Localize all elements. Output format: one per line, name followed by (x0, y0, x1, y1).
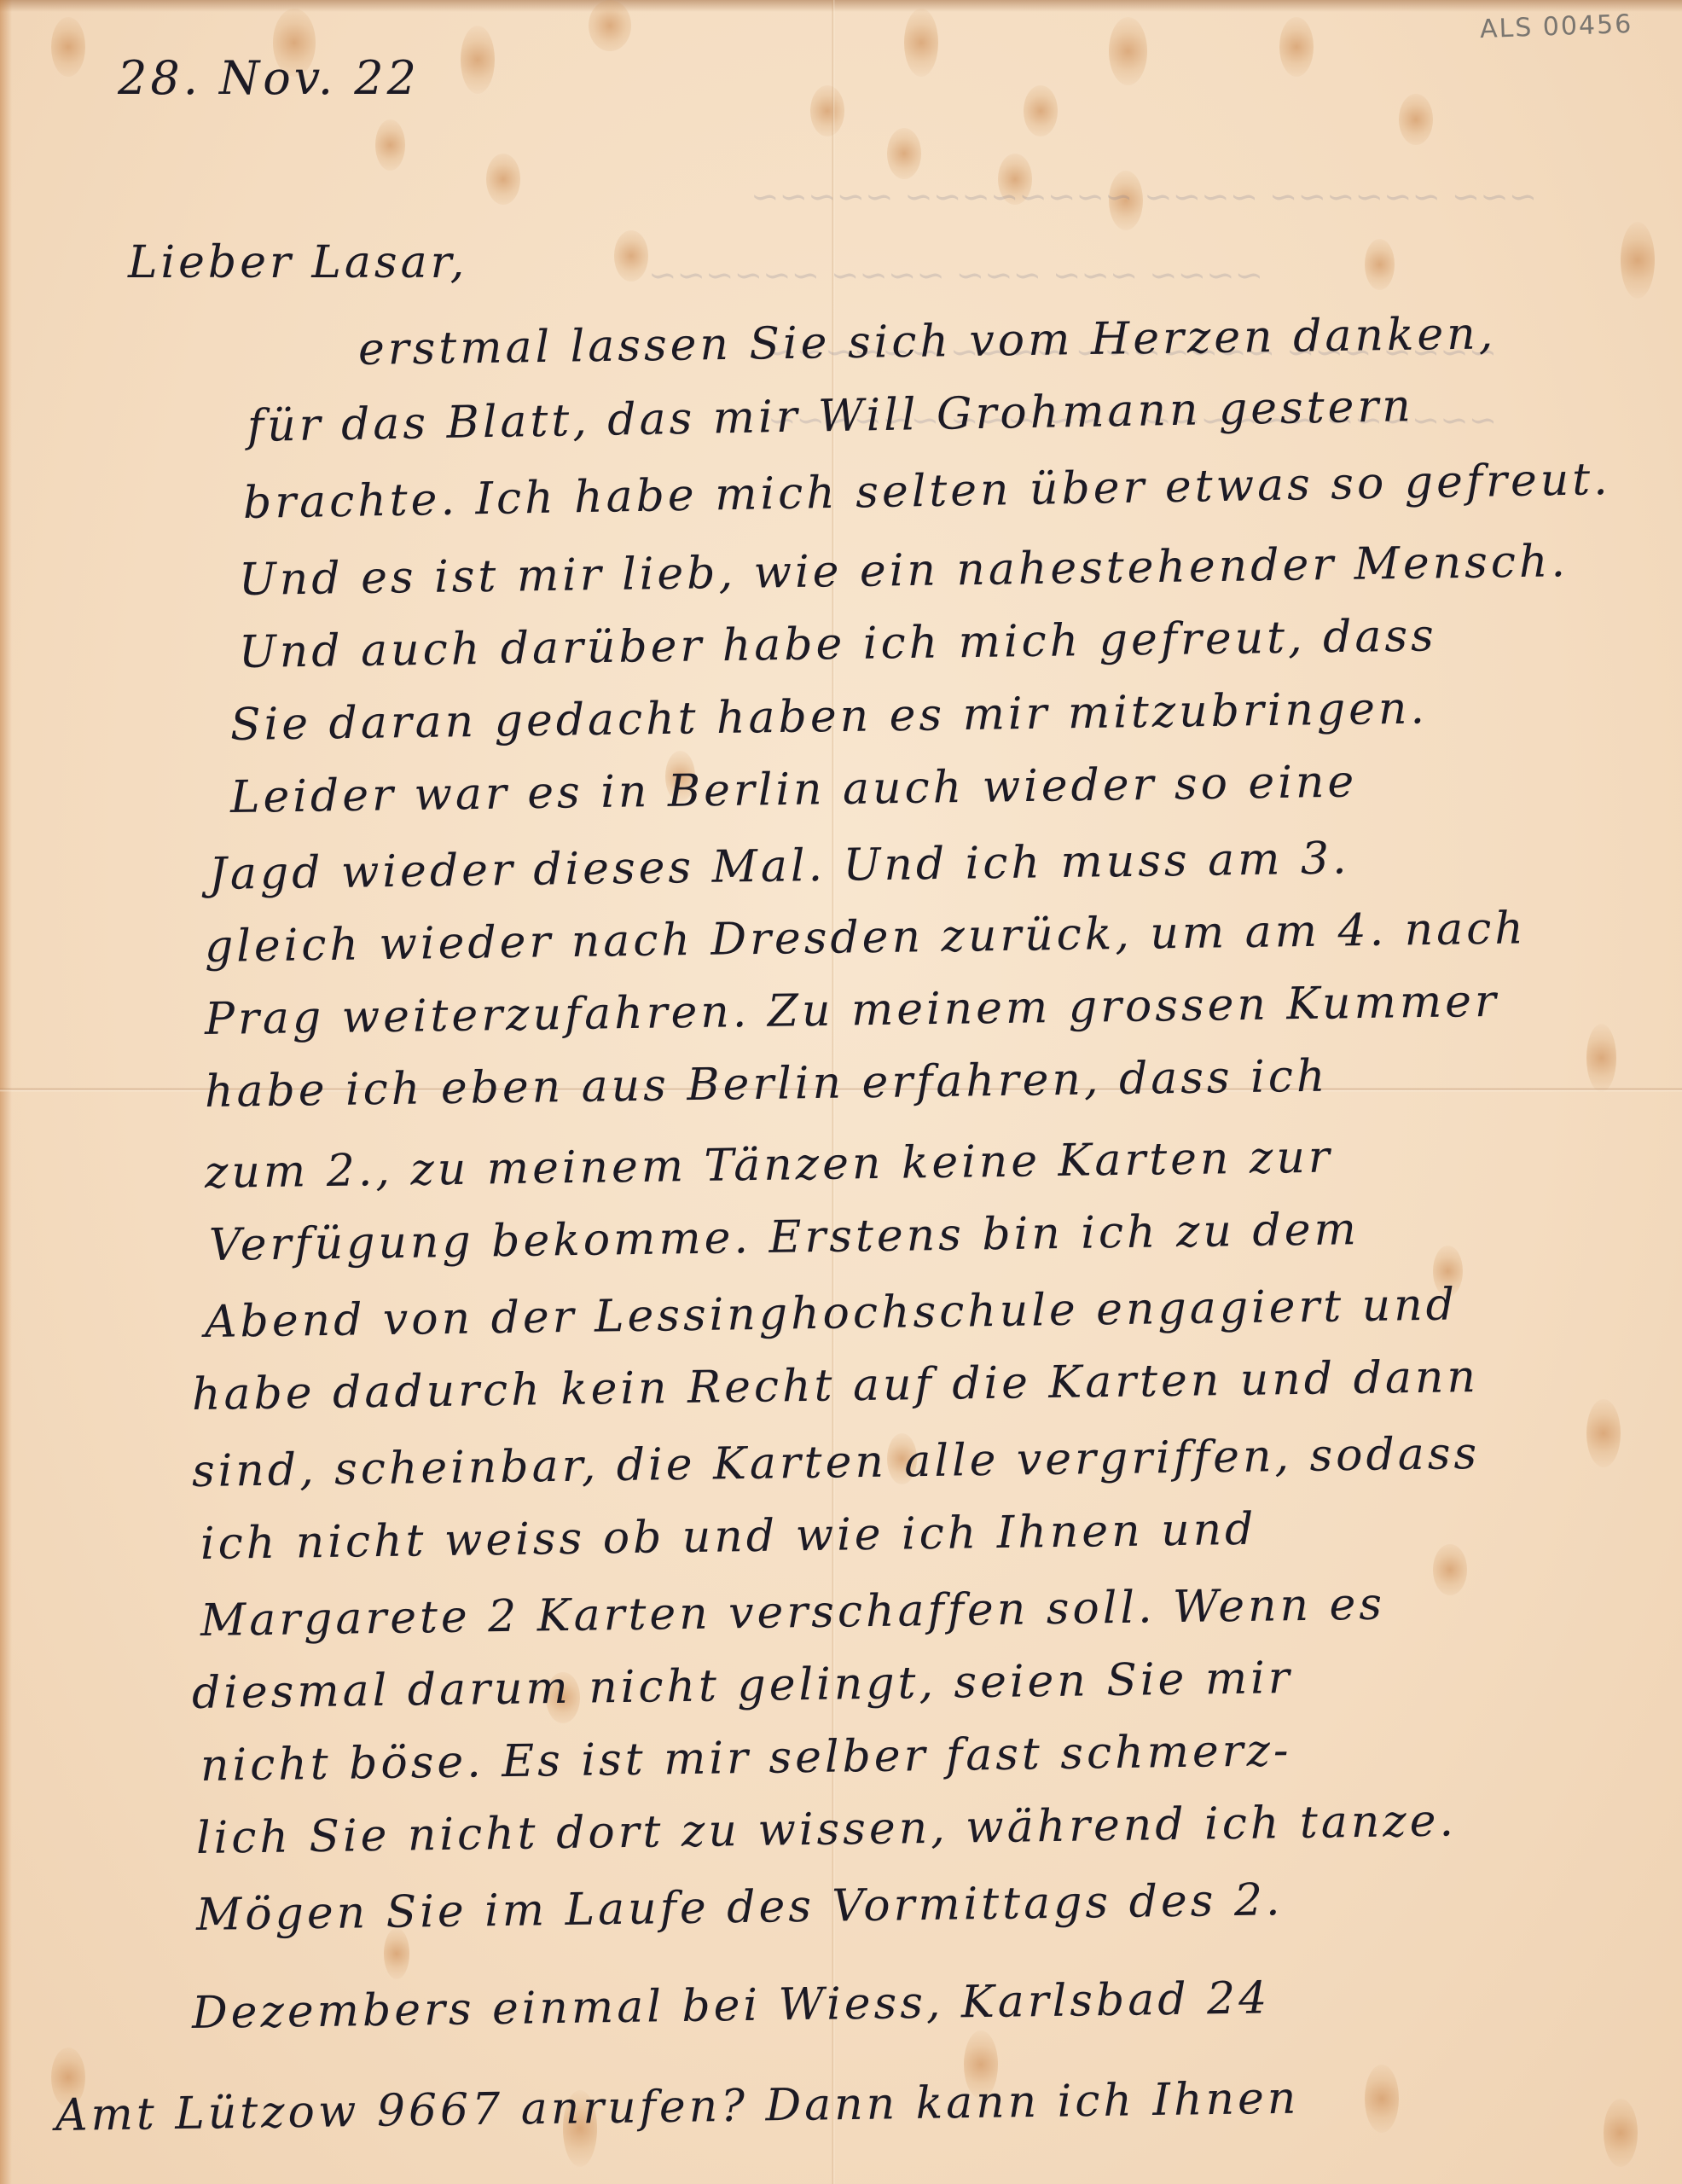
letter-line: Mögen Sie im Laufe des Vormittags des 2. (196, 1874, 1284, 1941)
letter-date: 28. Nov. 22 (118, 51, 420, 105)
foxing-spot (1399, 94, 1433, 145)
foxing-spot (1604, 2099, 1638, 2167)
letter-line: habe ich eben aus Berlin erfahren, dass … (205, 1051, 1329, 1118)
letter-line: Leider war es in Berlin auch wieder so e… (230, 757, 1358, 823)
letter-line: habe dadurch kein Recht auf die Karten u… (192, 1351, 1480, 1420)
foxing-spot (1586, 1024, 1616, 1092)
show-through-text: ~~~~ ~~~ ~~~ ~~~~ ~~~~~~ (648, 256, 1263, 295)
paper-edge-top (0, 0, 1682, 12)
foxing-spot (1024, 85, 1058, 136)
letter-line: Amt Lützow 9667 anrufen? Dann kann ich I… (55, 2073, 1300, 2141)
letter-line: zum 2., zu meinem Tänzen keine Karten zu… (205, 1132, 1334, 1199)
foxing-spot (461, 26, 495, 94)
foxing-spot (1621, 222, 1655, 299)
letter-line: Abend von der Lessinghochschule engagier… (205, 1279, 1459, 1348)
letter-line: brachte. Ich habe mich selten über etwas… (242, 454, 1611, 529)
letter-line: lich Sie nicht dort zu wissen, während i… (196, 1795, 1458, 1864)
foxing-spot (1279, 17, 1314, 77)
show-through-text: ~~~ ~~~~~~ ~~~~ ~~~~~~~~ ~~~~~ (751, 177, 1537, 217)
letter-page: ~~~ ~~~~~~ ~~~~ ~~~~~~~~ ~~~~~ ~~~~ ~~~ … (0, 0, 1682, 2184)
foxing-spot (1365, 2065, 1399, 2133)
foxing-spot (810, 85, 844, 136)
foxing-spot (375, 119, 405, 171)
letter-line: Margarete 2 Karten verschaffen soll. Wen… (200, 1579, 1386, 1647)
foxing-spot (614, 230, 648, 282)
foxing-spot (887, 128, 921, 179)
letter-line: nicht böse. Es ist mir selber fast schme… (200, 1725, 1292, 1792)
letter-line: Und auch darüber habe ich mich gefreut, … (239, 610, 1438, 678)
paper-edge-left (0, 0, 12, 2184)
letter-line: sind, scheinbar, die Karten alle vergrif… (192, 1428, 1481, 1497)
letter-line: Jagd wieder dieses Mal. Und ich muss am … (209, 833, 1350, 900)
archive-label: ALS 00456 (1479, 9, 1633, 44)
letter-line: Prag weiterzufahren. Zu meinem grossen K… (205, 976, 1500, 1045)
foxing-spot (1433, 1544, 1467, 1595)
foxing-spot (486, 154, 520, 205)
foxing-spot (589, 0, 631, 51)
foxing-spot (1365, 239, 1395, 290)
letter-line: ich nicht weiss ob und wie ich Ihnen und (200, 1504, 1257, 1570)
letter-line: Sie daran gedacht haben es mir mitzubrin… (230, 682, 1429, 751)
letter-line: Verfügung bekomme. Erstens bin ich zu de… (209, 1204, 1360, 1271)
letter-line: für das Blatt, das mir Will Grohmann ges… (246, 380, 1414, 452)
foxing-spot (904, 9, 938, 77)
foxing-spot (51, 17, 85, 77)
letter-line: Dezembers einmal bei Wiess, Karlsbad 24 (192, 1972, 1271, 2039)
letter-line: diesmal darum nicht gelingt, seien Sie m… (192, 1653, 1293, 1719)
foxing-spot (1586, 1399, 1621, 1467)
letter-salutation: Lieber Lasar, (128, 237, 467, 288)
foxing-spot (1109, 17, 1147, 85)
letter-line: Und es ist mir lieb, wie ein nahestehend… (239, 536, 1569, 606)
letter-line: gleich wieder nach Dresden zurück, um am… (205, 903, 1528, 973)
